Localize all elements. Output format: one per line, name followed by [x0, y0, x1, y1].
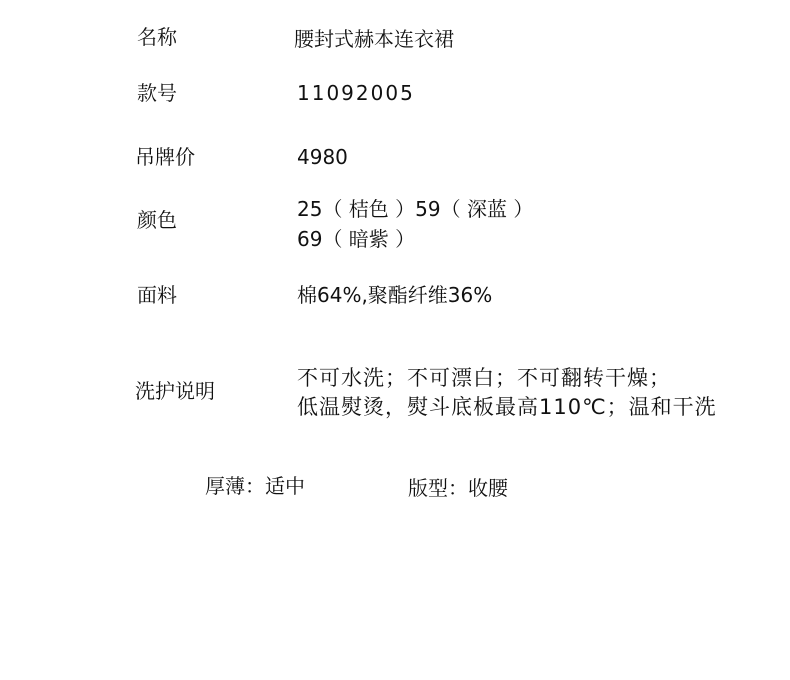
color-label: 颜色 — [137, 210, 177, 230]
fabric-value: 棉64%,聚酯纤维36% — [297, 285, 492, 305]
name-label: 名称 — [137, 27, 177, 47]
care-instructions-line-1: 不可水洗；不可漂白；不可翻转干燥； — [297, 368, 671, 389]
color-value-line-2: 69（ 暗紫 ） — [297, 229, 415, 249]
care-instructions-line-2: 低温熨烫，熨斗底板最高110℃；温和干洗 — [297, 397, 717, 418]
care-label: 洗护说明 — [135, 381, 215, 401]
style-no-value: 11092005 — [297, 83, 415, 103]
name-value: 腰封式赫本连衣裙 — [294, 29, 454, 49]
color-value-line-1: 25（ 桔色 ）59（ 深蓝 ） — [297, 199, 533, 219]
fit-attribute: 版型：收腰 — [408, 478, 508, 498]
fabric-label: 面料 — [137, 285, 177, 305]
thickness-attribute: 厚薄：适中 — [205, 476, 305, 496]
style-no-label: 款号 — [137, 83, 177, 103]
tag-price-label: 吊牌价 — [135, 147, 195, 167]
tag-price-value: 4980 — [297, 147, 348, 167]
